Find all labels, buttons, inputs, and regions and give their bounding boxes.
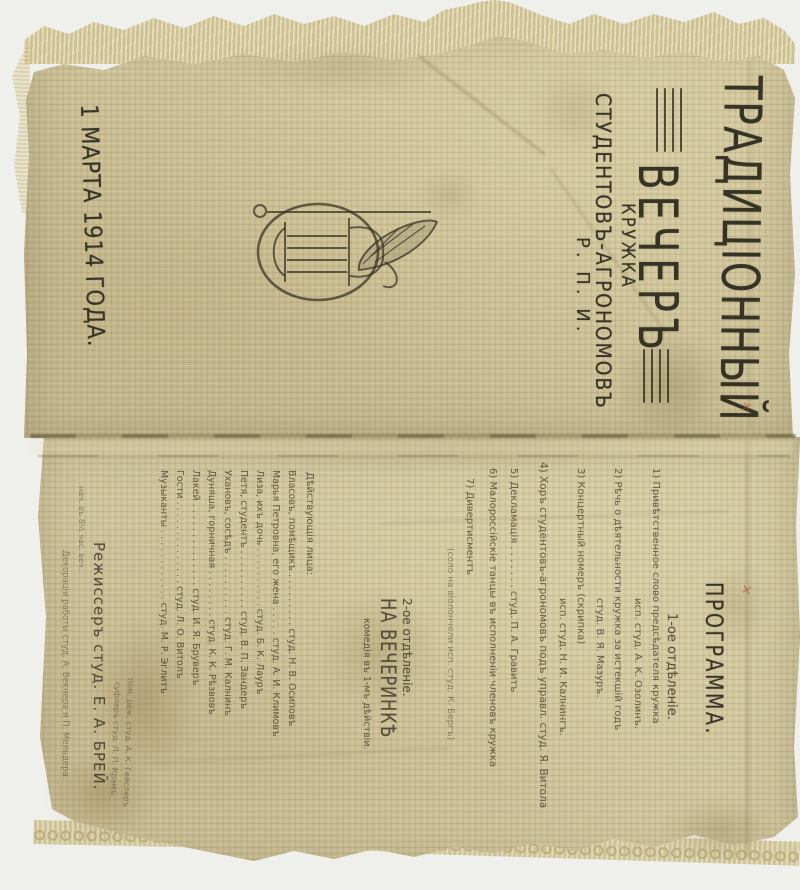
program-line: 3) Концертный номеръ (скрипка) [575, 468, 586, 644]
rule-hatch-left [680, 88, 682, 152]
rule-hatch-left [672, 88, 674, 152]
program-line: исп. студ. Н. И. Калнингъ. [557, 598, 568, 736]
scanned-cloth-program: ТРАДИЦІОННЫЙ ВЕЧЕРЪ КРУЖКА СТУДЕНТОВЪ-АГ… [0, 0, 800, 890]
assistant-line: пом. реж. студ. А. К. Гейслеръ [121, 678, 134, 808]
center-seam [30, 434, 796, 438]
director-line: Режиссеръ студ. Е. А. БРЕЙ. [90, 542, 106, 791]
cast-line: Петя, студентъ . . . . . . . . . . студ.… [238, 470, 248, 709]
program-line: 7) Дивертисментъ [464, 478, 475, 575]
program-line: 4) Хоръ студентовъ-агрономовъ подъ управ… [537, 462, 548, 808]
cast-line: Ухановъ, сосѣдъ . . . . . . . . . . студ… [222, 470, 232, 716]
program-line: 1) Привѣтственное слово предсѣдателя кру… [650, 468, 661, 724]
poster-subtitle-line1: КРУЖКА [617, 203, 637, 289]
poster-subtitle-line3: Р. П. И. [572, 237, 591, 335]
cast-line: Дуняша, горничная . . . . . . . . студ. … [206, 470, 216, 715]
cast-line: Гости . . . . . . . . . . . . . . студ. … [174, 470, 184, 679]
crease [746, 440, 749, 858]
program-line: 6) Малороссійскіе танцы въ исполненіи чл… [487, 468, 498, 767]
program-line: исп. студ. А. К. Озолинъ. [632, 598, 643, 729]
program-line: студ. В. Я. Мазуръ. [594, 598, 605, 698]
cast-line: Музыканты . . . . . . . . . . . . студ. … [158, 470, 168, 694]
cast-line: Лакей . . . . . . . . . . . . . . студ. … [190, 470, 200, 685]
poster-subtitle-line2: СТУДЕНТОВЪ-АГРОНОМОВЪ [592, 93, 614, 410]
rule-hatch-right [651, 349, 653, 403]
part2-header: 2-ое отдѣленіе. [400, 598, 413, 697]
rule-hatch-left [664, 88, 666, 152]
cast-line: Лиза, ихъ дочь . . . . . . . . . . студ.… [254, 470, 264, 694]
program-line: 2) Рѣчь о дѣятельности кружка за истекші… [612, 468, 623, 730]
rule-hatch-left [656, 88, 658, 152]
program-header: ПРОГРАММА. [701, 582, 726, 736]
rule-hatch-right [667, 349, 669, 403]
cast-line: Марья Петровна, его жена . . . . . студ.… [270, 470, 280, 737]
program-line: (соло на віолончели исп. студ. К. Бергъ) [445, 548, 454, 740]
upper-print-block: ТРАДИЦІОННЫЙ ВЕЧЕРЪ КРУЖКА СТУДЕНТОВЪ-АГ… [40, 60, 795, 430]
cast-list-header: Дѣйствующія лица: [304, 472, 315, 575]
poster-title-line1: ТРАДИЦІОННЫЙ [710, 76, 769, 423]
play-subtitle: комедія въ 1-мъ дѣйствіи. [361, 618, 371, 750]
lyre-emblem-icon [240, 158, 445, 306]
part1-header: 1-ое отдѣленіе. [664, 613, 678, 720]
cast-line: Власовъ, помѣщикъ . . . . . . . . . студ… [286, 470, 296, 726]
decor-credit-line: Декораціи работы студ. А. Векнера и П. М… [60, 550, 69, 779]
play-title: НА ВЕЧЕРИНКѢ [377, 598, 399, 738]
rule-hatch-right [659, 349, 661, 403]
assistant-line: суфлеръ студ. Л. П. Крамъ [109, 682, 121, 795]
rule-hatch-right [643, 349, 645, 403]
program-line: 5) Декламація . . . . . . . студ. П. А. … [508, 468, 519, 692]
date-line: 1 МАРТА 1914 ГОДА. [76, 104, 108, 348]
time-note: нач. въ 8½ час. веч. [77, 486, 85, 570]
program-print-block: ПРОГРАММА. 1-ое отдѣленіе. 1) Привѣтстве… [50, 450, 730, 820]
